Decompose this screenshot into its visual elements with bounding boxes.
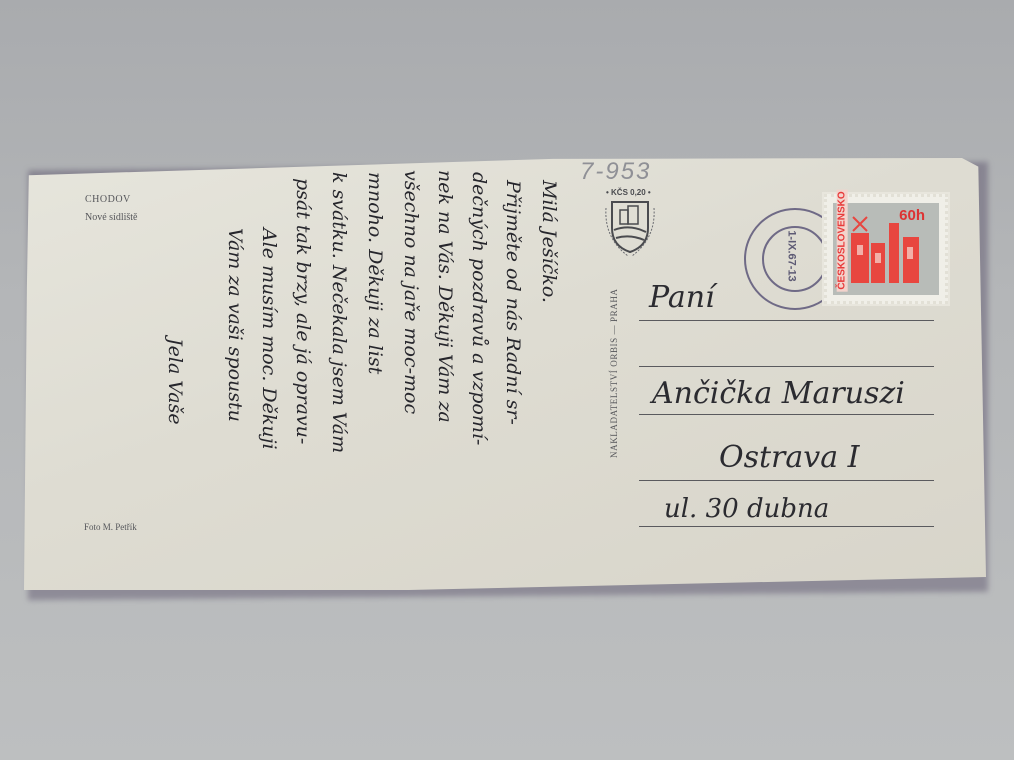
address-line-3: Ostrava I <box>719 440 860 475</box>
place-subtitle: Nové sídliště <box>85 212 138 223</box>
castle-emblem-icon <box>598 188 664 258</box>
tourism-emblem: • KČS 0,20 • <box>598 188 664 258</box>
stamp-image: 60h <box>833 203 939 295</box>
message-line: Vám za vaši spoustu <box>224 228 246 422</box>
address-rule-1 <box>639 320 934 321</box>
stamp-country: ČESKOSLOVENSKO <box>837 189 848 291</box>
address-line-2: Ančička Maruszi <box>652 376 905 411</box>
pencil-reference-number: 7-953 <box>580 158 651 186</box>
message-line: k svátku. Nečekala jsem Vám <box>328 172 350 453</box>
stamp-value: 60h <box>899 207 925 224</box>
message-line: nek na Vás. Děkuji Vám za <box>434 170 456 423</box>
message-line: Přijměte od nás Radní sr- <box>502 180 524 425</box>
address-line-4: ul. 30 dubna <box>664 494 829 524</box>
photo-credit: Foto M. Petřík <box>84 522 137 532</box>
message-line: mnoho. Děkuji za list <box>364 172 386 374</box>
message-line: Ale musím moc. Děkuji <box>258 228 280 450</box>
message-line: psát tak brzy, ale já opravu- <box>292 178 314 444</box>
address-rule-4 <box>639 480 934 481</box>
postage-stamp: 60h ČESKOSLOVENSKO <box>824 194 948 304</box>
address-rule-3 <box>639 414 934 415</box>
address-rule-5 <box>639 526 934 527</box>
address-rule-2 <box>639 366 934 367</box>
publisher-imprint: NAKLADATELSTVÍ ORBIS — PRAHA <box>609 288 619 458</box>
message-signature: Jela Vaše <box>164 338 186 425</box>
message-line: Milá Ješíčko. <box>538 180 560 303</box>
address-line-1: Paní <box>649 280 715 315</box>
message-line: všechno na jaře moc-moc <box>400 170 422 414</box>
message-line: dečných pozdravů a vzpomí- <box>468 172 490 445</box>
postcard: CHODOV Nové sídliště Foto M. Petřík NAKL… <box>24 158 986 590</box>
postmark-date: 1-IX.67-13 <box>786 230 798 281</box>
place-title: CHODOV <box>85 194 131 205</box>
